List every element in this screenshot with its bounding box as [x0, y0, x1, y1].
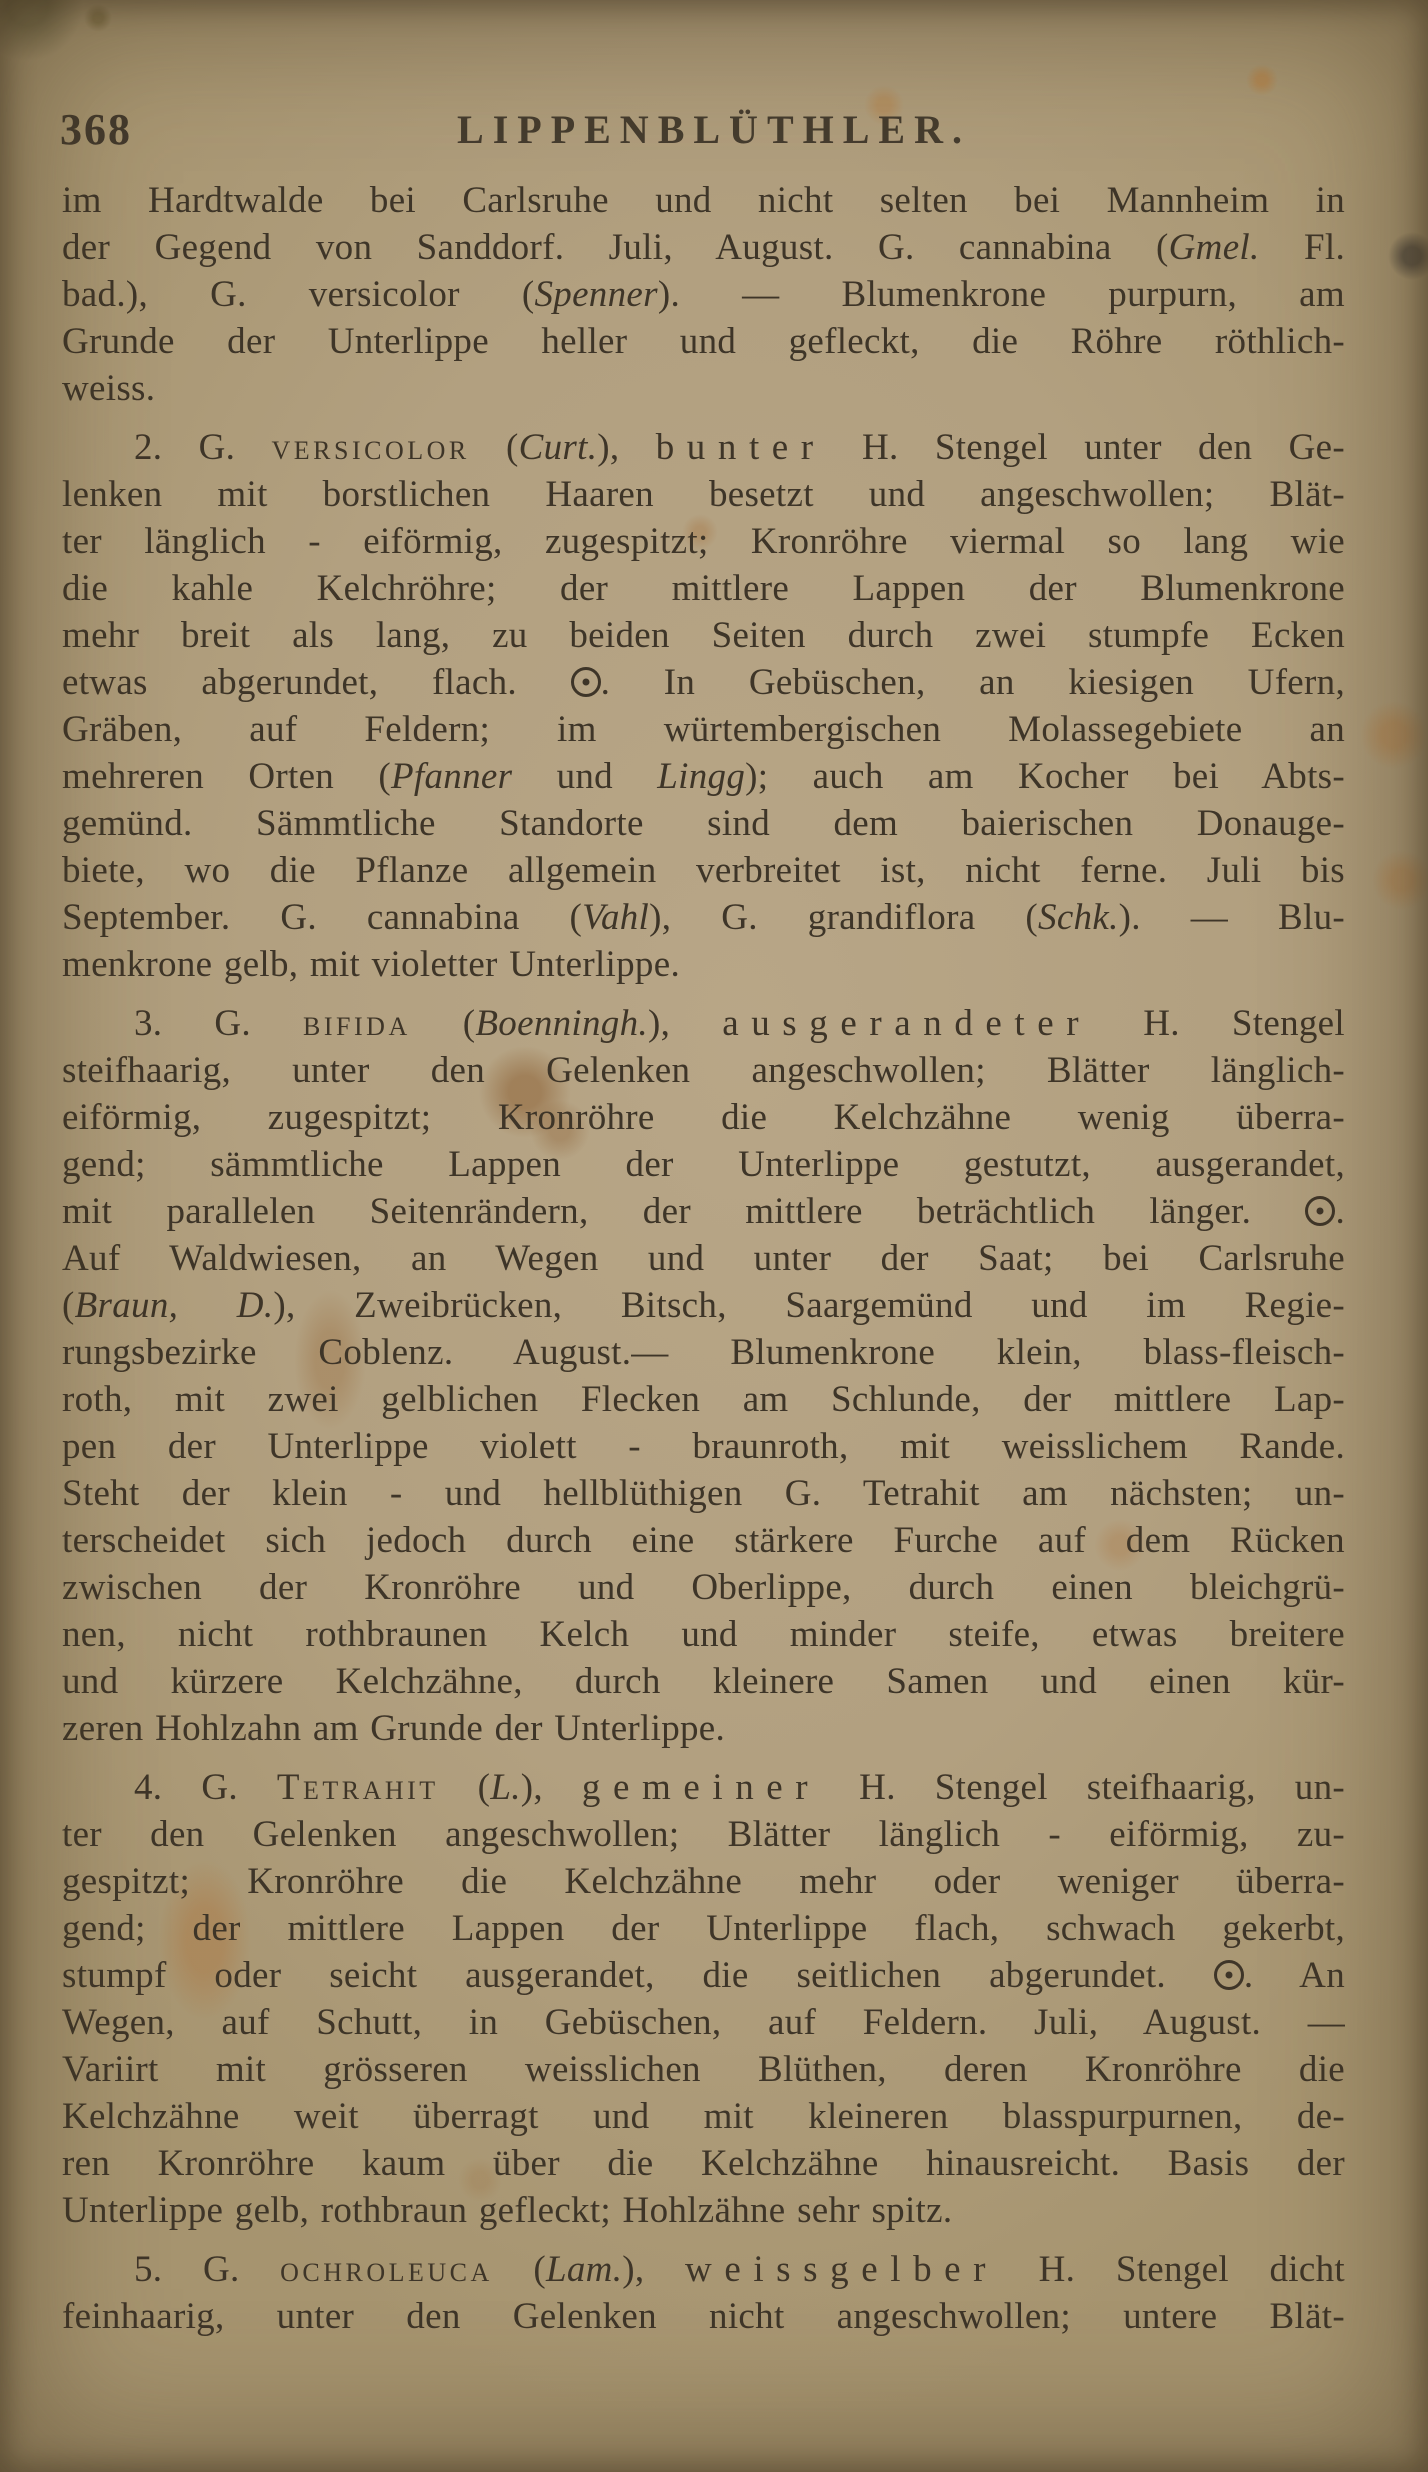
text-line: mehreren Orten (Pfanner und Lingg); auch…: [62, 753, 1345, 800]
text-line: pen der Unterlippe violett - braunroth, …: [62, 1423, 1345, 1470]
species-name: bifida: [303, 1003, 411, 1044]
text-line: terscheidet sich jedoch durch eine stärk…: [62, 1517, 1345, 1564]
paragraph-continuation: im Hardtwalde bei Carlsruhe und nicht se…: [62, 177, 1345, 412]
text-line: der Gegend von Sanddorf. Juli, August. G…: [62, 224, 1345, 271]
author-citation: Braun, D.: [75, 1285, 274, 1326]
text-line: stumpf oder seicht ausgerandet, die seit…: [62, 1952, 1345, 1999]
text-line: ter den Gelenken angeschwollen; Blätter …: [62, 1811, 1345, 1858]
text-line: mehr breit als lang, zu beiden Seiten du…: [62, 612, 1345, 659]
text-line: gend; der mittlere Lappen der Unterlippe…: [62, 1905, 1345, 1952]
emphasized-word: bunter: [656, 427, 826, 468]
paragraph-species-3-bifida: 3. G. bifida (Boenningh.), ausgerandeter…: [62, 1000, 1345, 1752]
paragraph-species-2-versicolor: 2. G. versicolor (Curt.), bunter H. Sten…: [62, 424, 1345, 988]
text-block: im Hardtwalde bei Carlsruhe und nicht se…: [62, 177, 1345, 2340]
text-line: etwas abgerundet, flach. . In Gebüschen,…: [62, 659, 1345, 706]
author-citation: Pfanner: [391, 756, 512, 797]
text-line: nen, nicht rothbraunen Kelch und minder …: [62, 1611, 1345, 1658]
text-line: biete, wo die Pflanze allgemein verbreit…: [62, 847, 1345, 894]
text-line: Variirt mit grösseren weisslichen Blüthe…: [62, 2046, 1345, 2093]
author-citation: Lam.: [546, 2249, 622, 2290]
text-line: 4. G. Tetrahit (L.), gemeiner H. Stengel…: [62, 1764, 1345, 1811]
paragraph-species-4-tetrahit: 4. G. Tetrahit (L.), gemeiner H. Stengel…: [62, 1764, 1345, 2234]
running-title: LIPPENBLÜTHLER.: [0, 106, 1428, 153]
text-line: Steht der klein - und hellblüthigen G. T…: [62, 1470, 1345, 1517]
text-line: lenken mit borstlichen Haaren besetzt un…: [62, 471, 1345, 518]
species-name: ochroleuca: [280, 2249, 493, 2290]
text-line: eiförmig, zugespitzt; Kronröhre die Kelc…: [62, 1094, 1345, 1141]
text-line: im Hardtwalde bei Carlsruhe und nicht se…: [62, 177, 1345, 224]
species-name: Tetrahit: [277, 1767, 439, 1808]
page-header: 368 LIPPENBLÜTHLER.: [0, 104, 1428, 160]
text-line: 5. G. ochroleuca (Lam.), weissgelber H. …: [62, 2246, 1345, 2293]
text-line: Unterlippe gelb, rothbraun gefleckt; Hoh…: [62, 2187, 1345, 2234]
author-citation: Schk.: [1038, 897, 1119, 938]
species-name: versicolor: [271, 427, 469, 468]
paragraph-species-5-ochroleuca: 5. G. ochroleuca (Lam.), weissgelber H. …: [62, 2246, 1345, 2340]
text-line: gend; sämmtliche Lappen der Unterlippe g…: [62, 1141, 1345, 1188]
text-line: ren Kronröhre kaum über die Kelchzähne h…: [62, 2140, 1345, 2187]
text-line: Grunde der Unterlippe heller und gefleck…: [62, 318, 1345, 365]
text-line: (Braun, D.), Zweibrücken, Bitsch, Saarge…: [62, 1282, 1345, 1329]
text-line: Gräben, auf Feldern; im würtembergischen…: [62, 706, 1345, 753]
text-line: die kahle Kelchröhre; der mittlere Lappe…: [62, 565, 1345, 612]
text-line: steifhaarig, unter den Gelenken angeschw…: [62, 1047, 1345, 1094]
annual-plant-symbol-icon: [1214, 1960, 1244, 1990]
annual-plant-symbol-icon: [1305, 1196, 1335, 1226]
author-citation: L.: [490, 1767, 520, 1808]
text-line: ter länglich - eiförmig, zugespitzt; Kro…: [62, 518, 1345, 565]
text-line: bad.), G. versicolor (Spenner). — Blumen…: [62, 271, 1345, 318]
emphasized-word: weissgelber: [685, 2249, 998, 2290]
text-line: roth, mit zwei gelblichen Flecken am Sch…: [62, 1376, 1345, 1423]
text-line: weiss.: [62, 365, 1345, 412]
text-line: menkrone gelb, mit violetter Unterlippe.: [62, 941, 1345, 988]
text-line: mit parallelen Seitenrändern, der mittle…: [62, 1188, 1345, 1235]
text-line: gemünd. Sämmtliche Standorte sind dem ba…: [62, 800, 1345, 847]
text-line: gespitzt; Kronröhre die Kelchzähne mehr …: [62, 1858, 1345, 1905]
text-line: rungsbezirke Coblenz. August.— Blumenkro…: [62, 1329, 1345, 1376]
author-citation: Spenner: [534, 274, 657, 315]
author-citation: Curt.: [519, 427, 598, 468]
author-citation: Gmel.: [1169, 227, 1260, 268]
emphasized-word: ausgerandeter: [722, 1003, 1091, 1044]
text-line: Auf Waldwiesen, an Wegen und unter der S…: [62, 1235, 1345, 1282]
text-line: 2. G. versicolor (Curt.), bunter H. Sten…: [62, 424, 1345, 471]
text-line: Kelchzähne weit überragt und mit kleiner…: [62, 2093, 1345, 2140]
text-line: 3. G. bifida (Boenningh.), ausgerandeter…: [62, 1000, 1345, 1047]
emphasized-word: gemeiner: [582, 1767, 820, 1808]
annual-plant-symbol-icon: [571, 667, 601, 697]
text-line: Wegen, auf Schutt, in Gebüschen, auf Fel…: [62, 1999, 1345, 2046]
text-line: zwischen der Kronröhre und Oberlippe, du…: [62, 1564, 1345, 1611]
text-line: feinhaarig, unter den Gelenken nicht ang…: [62, 2293, 1345, 2340]
author-citation: Vahl: [582, 897, 649, 938]
text-line: zeren Hohlzahn am Grunde der Unterlippe.: [62, 1705, 1345, 1752]
text-line: September. G. cannabina (Vahl), G. grand…: [62, 894, 1345, 941]
author-citation: Boenningh.: [475, 1003, 648, 1044]
book-page: 368 LIPPENBLÜTHLER. im Hardtwalde bei Ca…: [0, 0, 1428, 2472]
author-citation: Lingg: [657, 756, 745, 797]
text-line: und kürzere Kelchzähne, durch kleinere S…: [62, 1658, 1345, 1705]
